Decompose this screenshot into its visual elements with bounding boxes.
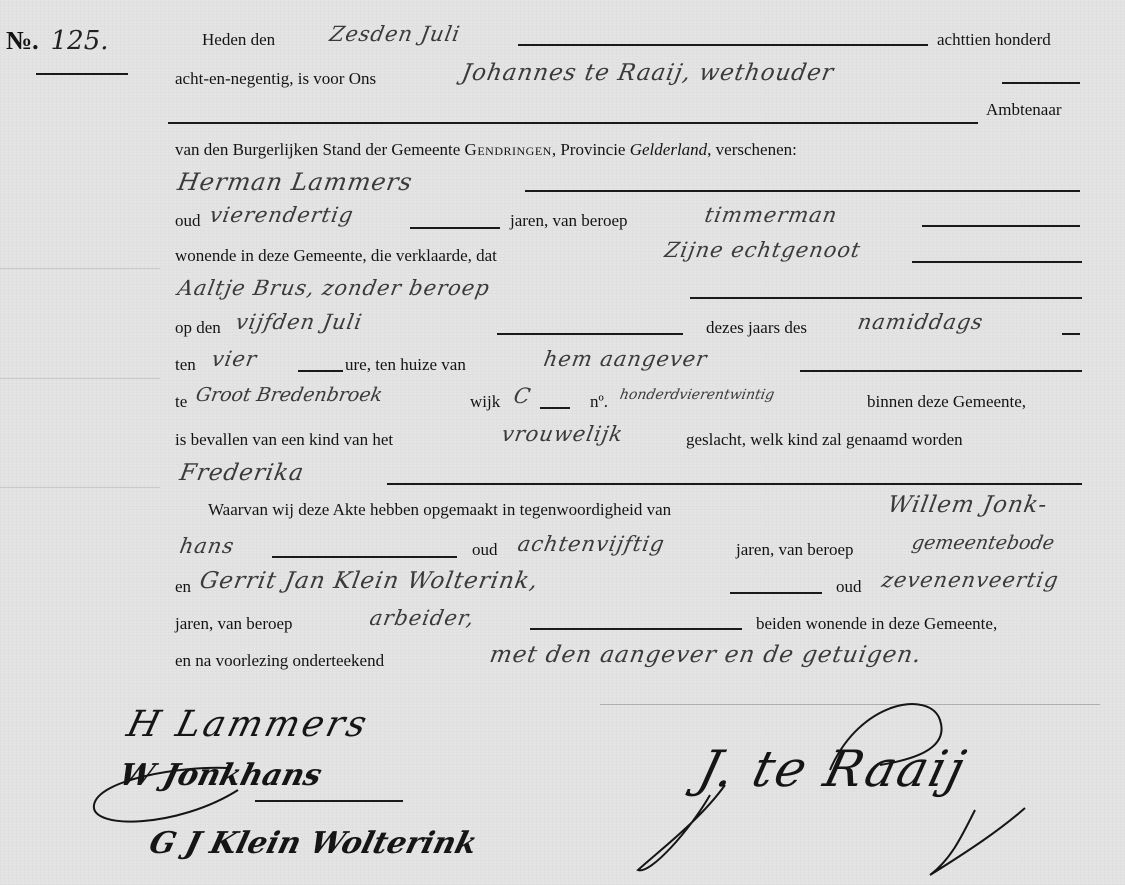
margin-rule <box>0 268 160 269</box>
fill-line <box>922 225 1080 227</box>
printed-no: nº. <box>590 392 608 412</box>
margin-rule <box>0 487 160 488</box>
hand-hour: vier <box>212 347 257 371</box>
signature-official-flourish-icon <box>630 690 1050 885</box>
signature-declarant: H Lammers <box>123 704 374 745</box>
margin-rule <box>0 378 160 379</box>
hand-declarant-age: vierendertig <box>210 203 354 227</box>
fill-line <box>272 556 457 558</box>
fill-line <box>518 44 928 46</box>
printed-acht-en-negentig: acht-en-negentig, is voor Ons <box>175 69 376 89</box>
hand-relation: Zijne echtgenoot <box>665 238 861 262</box>
signature-witness2: G J Klein Wolterink <box>146 826 481 861</box>
record-number: №. 125. <box>6 26 109 56</box>
printed-achttien-honderd: achttien honderd <box>937 30 1051 50</box>
printed-oud-w1: oud <box>472 540 498 560</box>
hand-witness1-age: achtenvijftig <box>518 532 665 556</box>
printed-oud-w2: oud <box>836 577 862 597</box>
printed-jaren-beroep-w2: jaren, van beroep <box>175 614 293 634</box>
hand-house-of: hem aangever <box>544 347 707 371</box>
hand-witness2-age: zevenenveertig <box>882 568 1059 592</box>
printed-beiden-wonende: beiden wonende in deze Gemeente, <box>756 614 997 634</box>
number-sign: №. <box>6 26 39 55</box>
fill-line <box>800 370 1082 372</box>
hand-witness1-name-a: Willem Jonk- <box>888 492 1047 518</box>
printed-dezes-jaars: dezes jaars des <box>706 318 807 338</box>
printed-binnen-gemeente: binnen deze Gemeente, <box>867 392 1026 412</box>
hand-official: Johannes te Raaij, wethouder <box>462 60 834 86</box>
hand-time-of-day: namiddags <box>858 310 983 334</box>
hand-mother: Aaltje Brus, zonder beroep <box>178 276 490 300</box>
printed-wijk: wijk <box>470 392 500 412</box>
hand-witness1-profession: gemeentebode <box>912 532 1054 554</box>
printed-te: te <box>175 392 187 412</box>
fill-line <box>730 592 822 594</box>
fill-line <box>530 628 742 630</box>
hand-date-day: Zesden Juli <box>330 22 460 46</box>
printed-ten: ten <box>175 355 196 375</box>
hand-place: Groot Bredenbroek <box>196 384 382 406</box>
printed-oud: oud <box>175 211 201 231</box>
fill-line <box>298 370 343 372</box>
fill-line <box>168 122 978 124</box>
hand-declarant-name: Herman Lammers <box>178 168 413 196</box>
hand-declarant-profession: timmerman <box>705 203 837 227</box>
fill-line <box>912 261 1082 263</box>
fill-line <box>1062 333 1080 335</box>
hand-witness2-profession: arbeider, <box>370 606 474 630</box>
fill-line <box>410 227 500 229</box>
printed-ure-huize: ure, ten huize van <box>345 355 466 375</box>
fill-line <box>690 297 1082 299</box>
printed-burgerlijke-stand: van den Burgerlijken Stand der Gemeente … <box>175 140 797 160</box>
gemeente-name: Gendringen <box>465 140 552 159</box>
provincie-name: Gelderland <box>630 140 707 159</box>
hand-child-name: Frederika <box>180 460 304 486</box>
printed-ambtenaar: Ambtenaar <box>986 100 1062 120</box>
hand-wijk: C <box>514 384 531 408</box>
printed-geslacht-genaamd: geslacht, welk kind zal genaamd worden <box>686 430 963 450</box>
signature-flourish-icon <box>88 760 288 835</box>
record-number-value: 125. <box>51 26 109 56</box>
fill-line <box>1002 82 1080 84</box>
fill-line <box>525 190 1080 192</box>
printed-waarvan-akte: Waarvan wij deze Akte hebben opgemaakt i… <box>208 500 671 520</box>
hand-witness2-name: Gerrit Jan Klein Wolterink, <box>200 568 538 594</box>
record-number-underline <box>36 73 128 75</box>
printed-wonende-verklaarde: wonende in deze Gemeente, die verklaarde… <box>175 246 497 266</box>
printed-heden-den: Heden den <box>202 30 275 50</box>
printed-voorlezing: en na voorlezing onderteekend <box>175 651 384 671</box>
fill-line <box>387 483 1082 485</box>
hand-witness1-name-b: hans <box>180 534 234 558</box>
hand-birth-day: vijfden Juli <box>236 310 362 334</box>
fill-line <box>497 333 683 335</box>
printed-en: en <box>175 577 191 597</box>
fill-line <box>540 407 570 409</box>
printed-op-den: op den <box>175 318 221 338</box>
hand-sex: vrouwelijk <box>502 422 623 446</box>
printed-jaren-beroep: jaren, van beroep <box>510 211 628 231</box>
printed-jaren-beroep-w1: jaren, van beroep <box>736 540 854 560</box>
hand-house-number: honderdvierentwintig <box>620 386 774 404</box>
printed-is-bevallen: is bevallen van een kind van het <box>175 430 393 450</box>
hand-signed-with: met den aangever en de getuigen. <box>490 642 922 668</box>
scanned-certificate-page: №. 125. Heden den Zesden Juli achttien h… <box>0 0 1125 885</box>
